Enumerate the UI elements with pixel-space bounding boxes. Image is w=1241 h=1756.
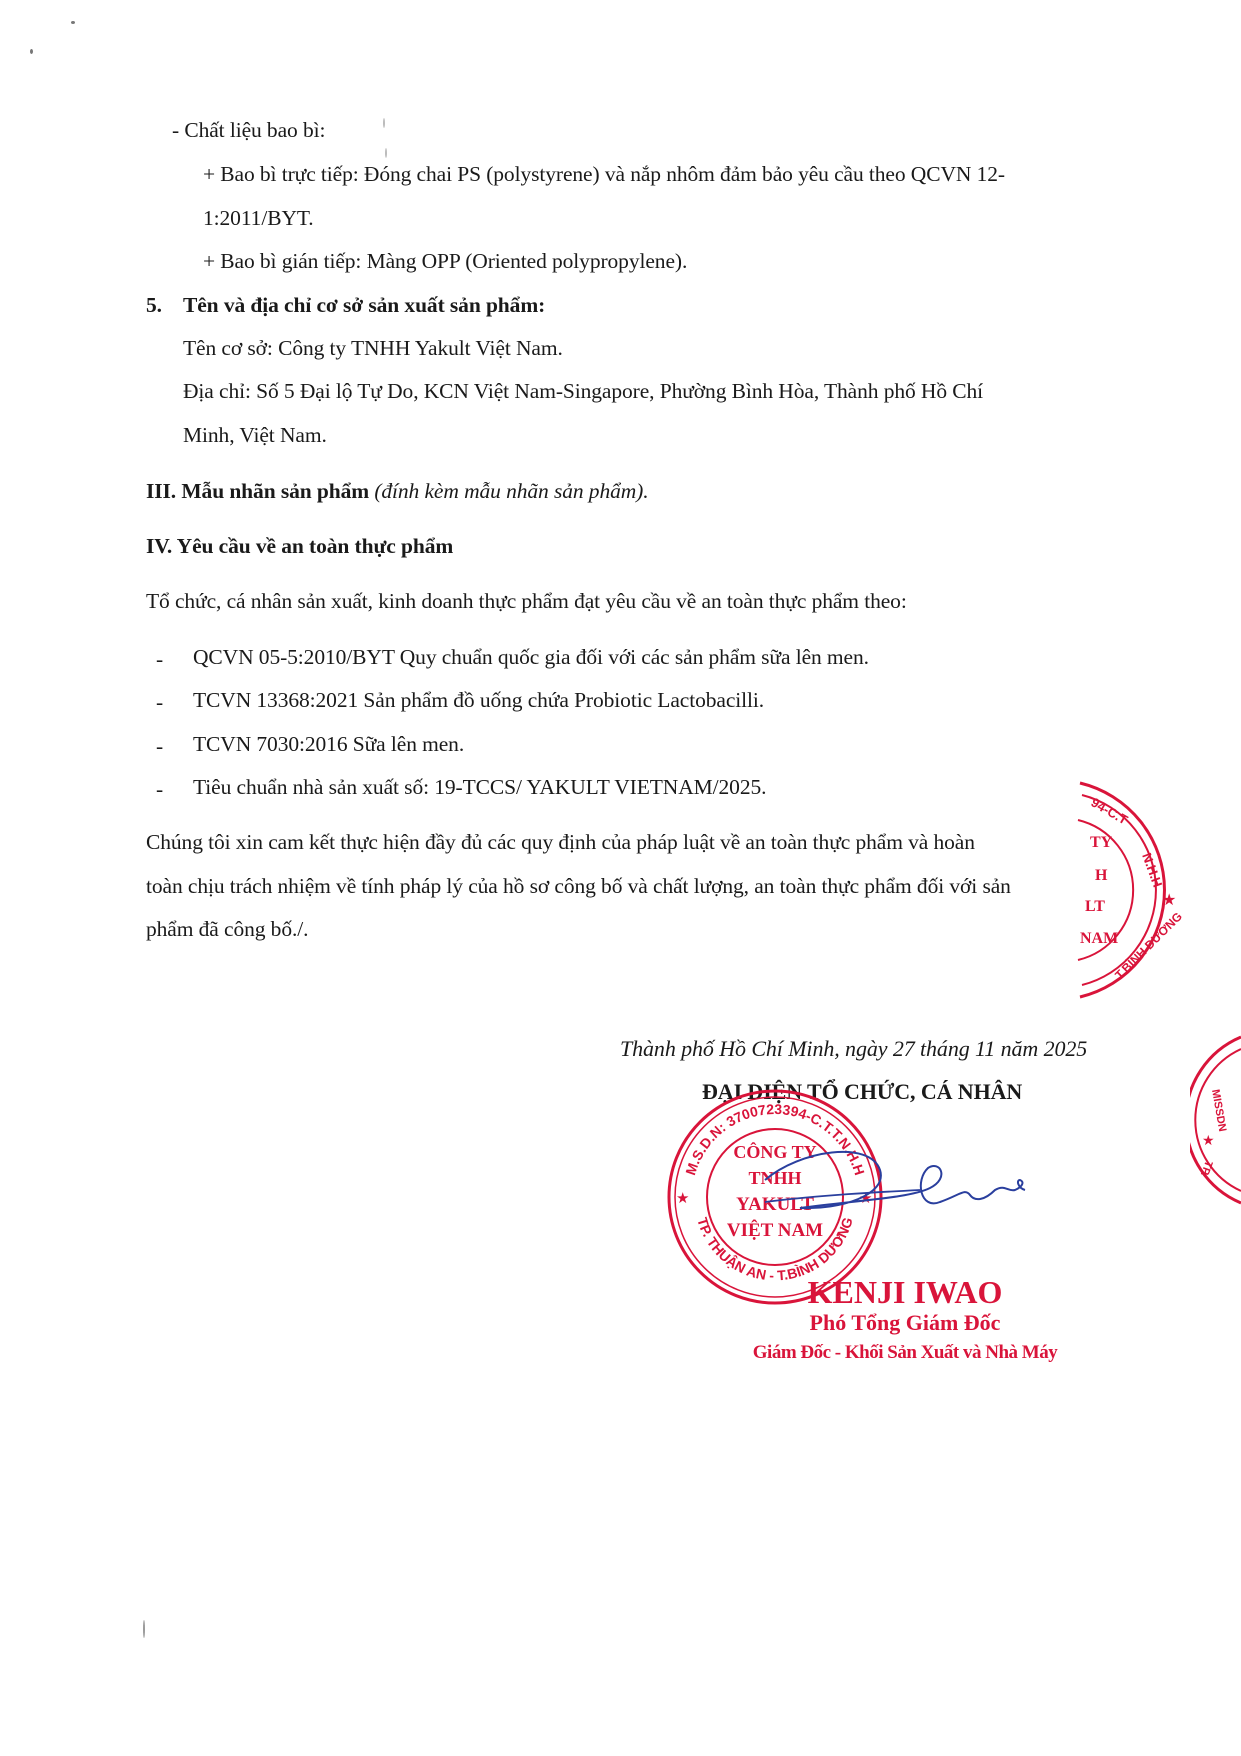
commitment-line3: phẩm đã công bố./.: [146, 919, 308, 941]
svg-text:★: ★: [1162, 890, 1176, 909]
standard-bullet: -: [156, 777, 163, 802]
signatory-title1: Phó Tổng Giám Đốc: [770, 1310, 1040, 1336]
section3-heading: III. Mẫu nhãn sản phẩm (đính kèm mẫu nhã…: [146, 481, 649, 503]
svg-text:94-C.T: 94-C.T: [1089, 795, 1131, 828]
standard-item: TCVN 13368:2021 Sản phẩm đồ uống chứa Pr…: [193, 690, 764, 712]
standard-item: TCVN 7030:2016 Sữa lên men.: [193, 734, 464, 756]
section3-note: (đính kèm mẫu nhãn sản phẩm).: [374, 479, 648, 503]
packaging-heading: - Chất liệu bao bì:: [172, 120, 325, 142]
section5-title: Tên và địa chỉ cơ sở sản xuất sản phẩm:: [183, 295, 545, 317]
section5-number: 5.: [146, 295, 162, 317]
document-page: - Chất liệu bao bì: + Bao bì trực tiếp: …: [0, 0, 1241, 1756]
svg-text:★: ★: [1202, 1133, 1215, 1149]
scan-speck: [143, 1620, 145, 1638]
svg-text:H: H: [1095, 867, 1108, 884]
scan-speck: [385, 148, 387, 158]
svg-text:LT: LT: [1085, 898, 1105, 915]
scan-speck: [383, 118, 385, 128]
company-stamp-edge-icon: MISSDN ★ TP.: [1190, 1035, 1241, 1205]
section4-title: IV. Yêu cầu về an toàn thực phẩm: [146, 536, 453, 558]
svg-text:TP.: TP.: [1198, 1159, 1215, 1178]
packaging-direct-line2: 1:2011/BYT.: [203, 208, 314, 230]
handwritten-signature-icon: [760, 1140, 1040, 1230]
svg-text:★: ★: [676, 1189, 689, 1207]
facility-name: Tên cơ sở: Công ty TNHH Yakult Việt Nam.: [183, 338, 563, 360]
scan-speck: [30, 49, 33, 54]
section4-intro: Tổ chức, cá nhân sản xuất, kinh doanh th…: [146, 591, 907, 613]
svg-text:TY: TY: [1090, 834, 1113, 851]
signatory-title2: Giám Đốc - Khối Sản Xuất và Nhà Máy: [740, 1342, 1070, 1364]
standard-bullet: -: [156, 734, 163, 759]
commitment-line2: toàn chịu trách nhiệm về tính pháp lý củ…: [146, 876, 1011, 898]
signatory-name: KENJI IWAO: [770, 1274, 1040, 1311]
scan-speck: [71, 21, 75, 24]
company-stamp-margin-icon: 94-C.T N.H.H ★ T.BÌNH DƯƠNG TY H LT NAM: [1060, 775, 1241, 1005]
standard-item: QCVN 05-5:2010/BYT Quy chuẩn quốc gia đố…: [193, 647, 869, 669]
svg-text:T.BÌNH DƯƠNG: T.BÌNH DƯƠNG: [1112, 909, 1185, 982]
facility-address-line2: Minh, Việt Nam.: [183, 425, 327, 447]
svg-text:MISSDN: MISSDN: [1209, 1088, 1228, 1132]
svg-text:NAM: NAM: [1080, 930, 1118, 947]
facility-address-line1: Địa chỉ: Số 5 Đại lộ Tự Do, KCN Việt Nam…: [183, 381, 983, 403]
section3-title: III. Mẫu nhãn sản phẩm: [146, 479, 369, 503]
standard-bullet: -: [156, 647, 163, 672]
commitment-line1: Chúng tôi xin cam kết thực hiện đầy đủ c…: [146, 832, 975, 854]
packaging-direct-line1: + Bao bì trực tiếp: Đóng chai PS (polyst…: [203, 164, 1005, 186]
packaging-indirect: + Bao bì gián tiếp: Màng OPP (Oriented p…: [203, 251, 687, 273]
place-date: Thành phố Hồ Chí Minh, ngày 27 tháng 11 …: [620, 1038, 1087, 1060]
standard-bullet: -: [156, 690, 163, 715]
standard-item: Tiêu chuẩn nhà sản xuất số: 19-TCCS/ YAK…: [193, 777, 766, 799]
